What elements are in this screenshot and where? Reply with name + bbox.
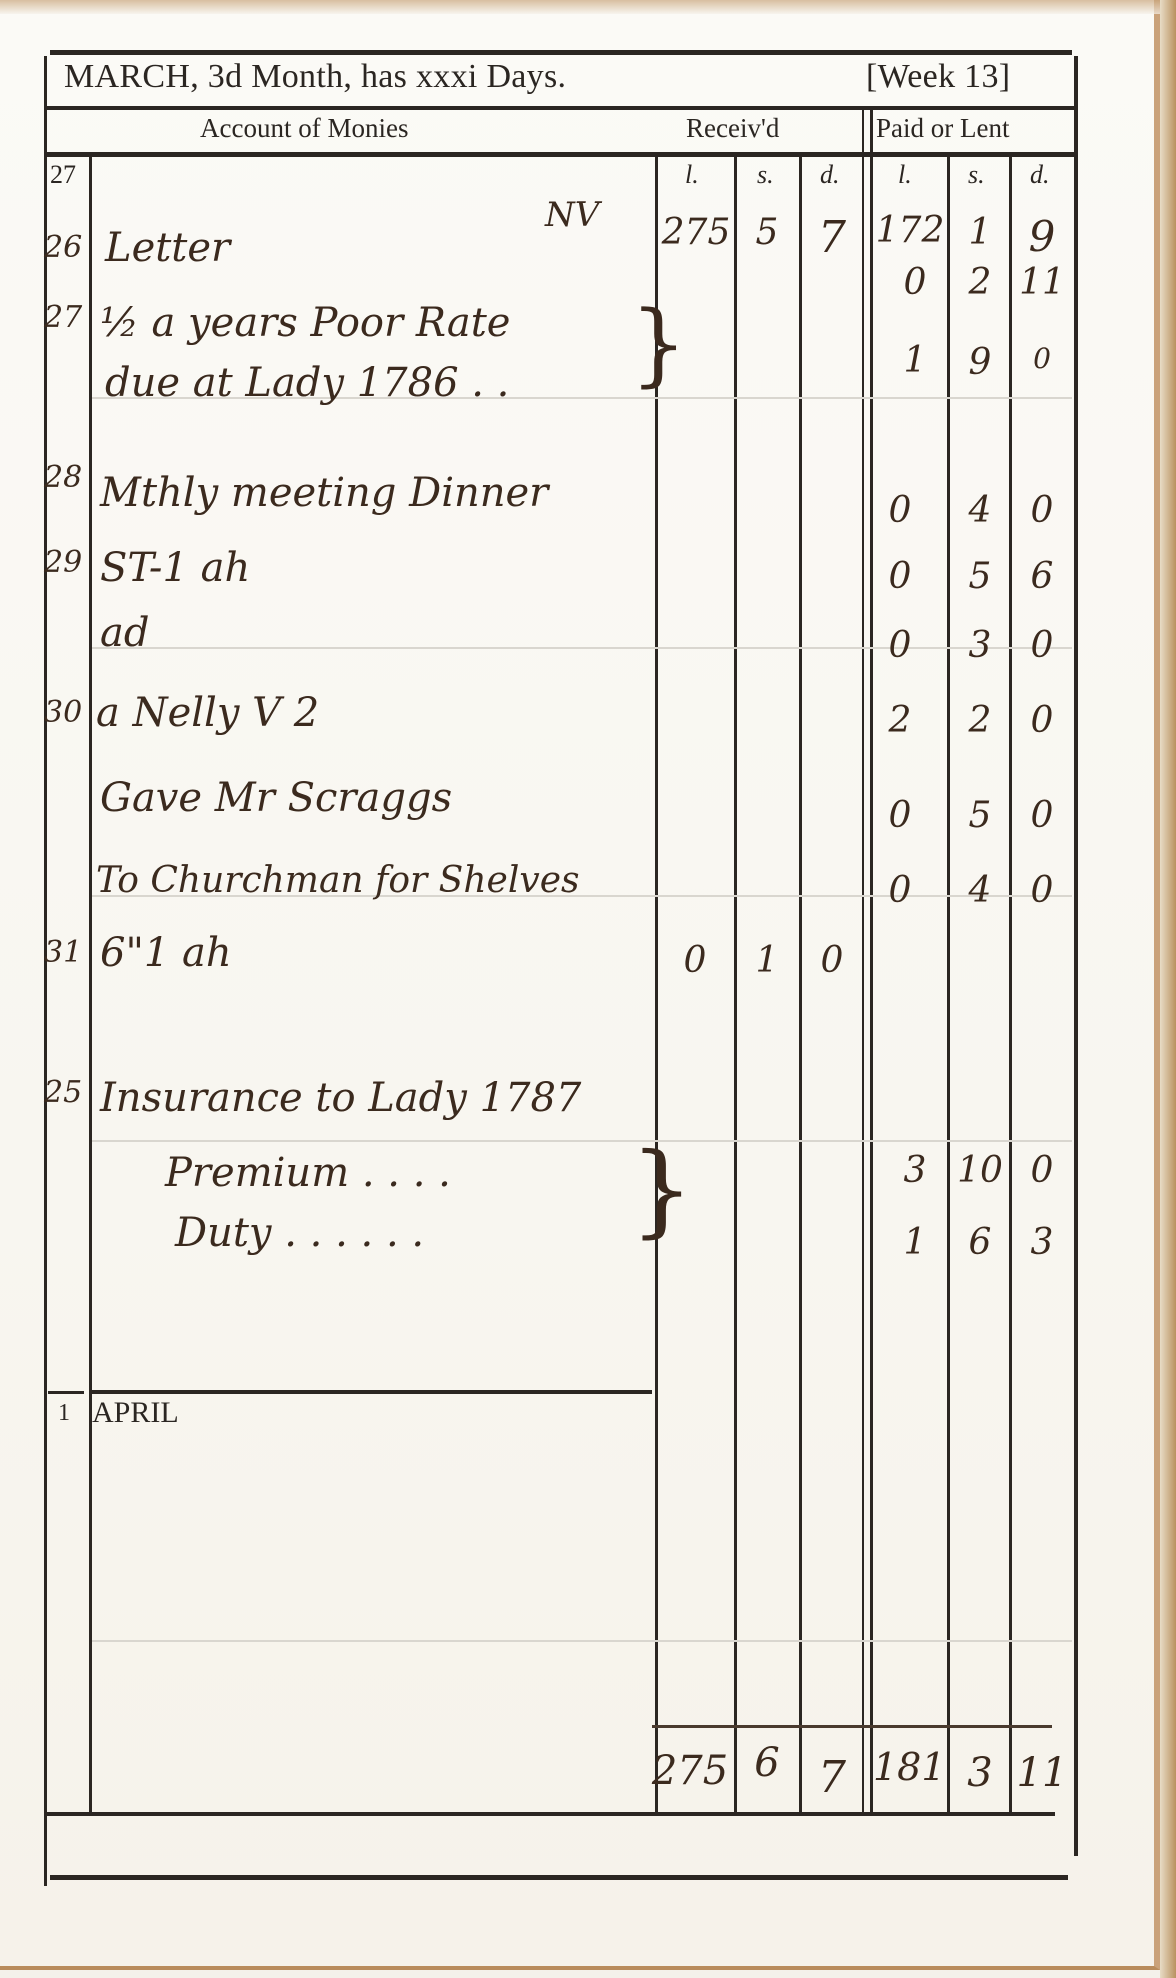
paid-shillings: 4 — [950, 870, 1010, 911]
paid-pence: 0 — [1012, 342, 1072, 375]
paid-shillings: 2 — [950, 262, 1010, 303]
brace-mark: } — [630, 300, 687, 390]
paid-shillings: 5 — [950, 795, 1010, 836]
entry-date: 29 — [44, 545, 82, 580]
paid-pounds: 0 — [870, 625, 930, 666]
recv-pounds: 0 — [665, 940, 725, 981]
recv-d-left — [799, 157, 802, 1815]
total-paid-pounds: 181 — [873, 1745, 945, 1789]
recv-pounds: 275 — [660, 212, 732, 253]
paid-pence: 0 — [1012, 870, 1072, 911]
paid-shillings: 6 — [950, 1222, 1010, 1263]
total-recv-pence: 7 — [802, 1752, 862, 1803]
received-header: Receiv'd — [686, 113, 779, 144]
paid-pence: 9 — [1012, 212, 1072, 261]
top-rule — [50, 50, 1072, 55]
entry-description: To Churchman for Shelves — [96, 860, 579, 901]
paid-pounds: 0 — [885, 262, 945, 303]
page-edge-top — [0, 0, 1176, 14]
entry-date: 28 — [44, 460, 82, 495]
paid-pounds: 0 — [870, 870, 930, 911]
double-rule-a — [862, 110, 864, 1815]
paid-shillings: 5 — [950, 556, 1010, 597]
recv-pounds-unit: l. — [685, 160, 699, 190]
week-label: [Week 13] — [866, 58, 1010, 96]
entry-description: ½ a years Poor Rate — [100, 300, 510, 346]
recv-shillings-unit: s. — [757, 160, 774, 190]
date-divider — [89, 157, 92, 1815]
total-paid-shillings: 3 — [950, 1750, 1010, 1796]
paid-pence: 3 — [1012, 1222, 1072, 1263]
paid-d-left — [1009, 157, 1012, 1815]
april-rule-left — [48, 1391, 84, 1394]
bottom-rule — [45, 1812, 1055, 1816]
entry-description: due at Lady 1786 . . — [105, 360, 509, 406]
paid-shillings: 1 — [950, 212, 1010, 253]
recv-l-left — [655, 157, 658, 1815]
header-rule — [45, 152, 1077, 157]
entry-note: NV — [545, 195, 599, 235]
paid-pounds: 1 — [885, 340, 945, 381]
paid-pence-unit: d. — [1030, 160, 1050, 190]
brace-mark: } — [630, 1140, 694, 1240]
paid-shillings: 3 — [950, 625, 1010, 666]
total-paid-pence: 11 — [1012, 1750, 1072, 1796]
paid-pounds: 0 — [870, 556, 930, 597]
recv-pence: 7 — [802, 212, 862, 263]
paid-pence: 6 — [1012, 556, 1072, 597]
paid-shillings: 2 — [950, 700, 1010, 741]
double-rule-b — [870, 110, 873, 1815]
entry-date: 26 — [44, 230, 82, 265]
entry-description: Insurance to Lady 1787 — [100, 1075, 581, 1121]
entry-description: Duty . . . . . . — [175, 1210, 424, 1256]
paid-pence: 0 — [1012, 795, 1072, 836]
recv-s-left — [734, 157, 737, 1815]
entry-date: 27 — [44, 300, 82, 335]
paid-shillings: 10 — [950, 1150, 1010, 1191]
entry-date: 25 — [44, 1075, 82, 1110]
entry-date: 31 — [44, 935, 82, 970]
totals-rule — [652, 1725, 1052, 1728]
paid-pence: 0 — [1012, 490, 1072, 531]
entry-description: a Nelly V 2 — [96, 690, 319, 736]
total-recv-pounds: 275 — [650, 1748, 730, 1794]
paid-pence: 0 — [1012, 700, 1072, 741]
entry-description: ad — [100, 610, 149, 656]
paid-pence: 0 — [1012, 1150, 1072, 1191]
april-rule — [92, 1390, 652, 1394]
paid-shillings: 9 — [950, 342, 1010, 383]
paid-pence: 11 — [1012, 262, 1072, 303]
entry-date: 30 — [44, 695, 82, 730]
paid-pounds: 1 — [885, 1222, 945, 1263]
entry-description: 6"1 ah — [100, 930, 232, 976]
page-edge-right — [1160, 0, 1176, 1978]
paid-pounds: 172 — [875, 210, 945, 251]
first-day-number: 27 — [50, 160, 76, 190]
paid-shillings-unit: s. — [968, 160, 985, 190]
paid-pounds: 0 — [870, 490, 930, 531]
paid-header: Paid or Lent — [876, 113, 1009, 144]
entry-description: Gave Mr Scraggs — [100, 775, 452, 821]
entry-description: ST-1 ah — [100, 545, 250, 591]
recv-pence: 0 — [802, 940, 862, 981]
paid-pounds: 3 — [885, 1150, 945, 1191]
april-day: 1 — [58, 1400, 70, 1427]
recv-shillings: 5 — [737, 212, 797, 253]
paid-pounds-unit: l. — [898, 160, 912, 190]
footer-thick-rule — [50, 1875, 1068, 1880]
entry-description: Premium . . . . — [165, 1150, 451, 1196]
title-rule — [45, 106, 1077, 110]
paid-shillings: 4 — [950, 490, 1010, 531]
account-header: Account of Monies — [200, 113, 408, 144]
total-recv-shillings: 6 — [737, 1740, 797, 1786]
right-border — [1074, 56, 1078, 1856]
paid-pence: 0 — [1012, 625, 1072, 666]
april-label: APRIL — [92, 1396, 179, 1430]
paid-pounds: 0 — [870, 795, 930, 836]
recv-shillings: 1 — [737, 940, 797, 981]
page-title: MARCH, 3d Month, has xxxi Days. — [64, 58, 566, 96]
entry-description: Mthly meeting Dinner — [100, 470, 548, 516]
paid-pounds: 2 — [870, 700, 930, 741]
recv-pence-unit: d. — [820, 160, 840, 190]
entry-description: Letter — [105, 225, 230, 271]
paid-s-left — [947, 157, 950, 1815]
